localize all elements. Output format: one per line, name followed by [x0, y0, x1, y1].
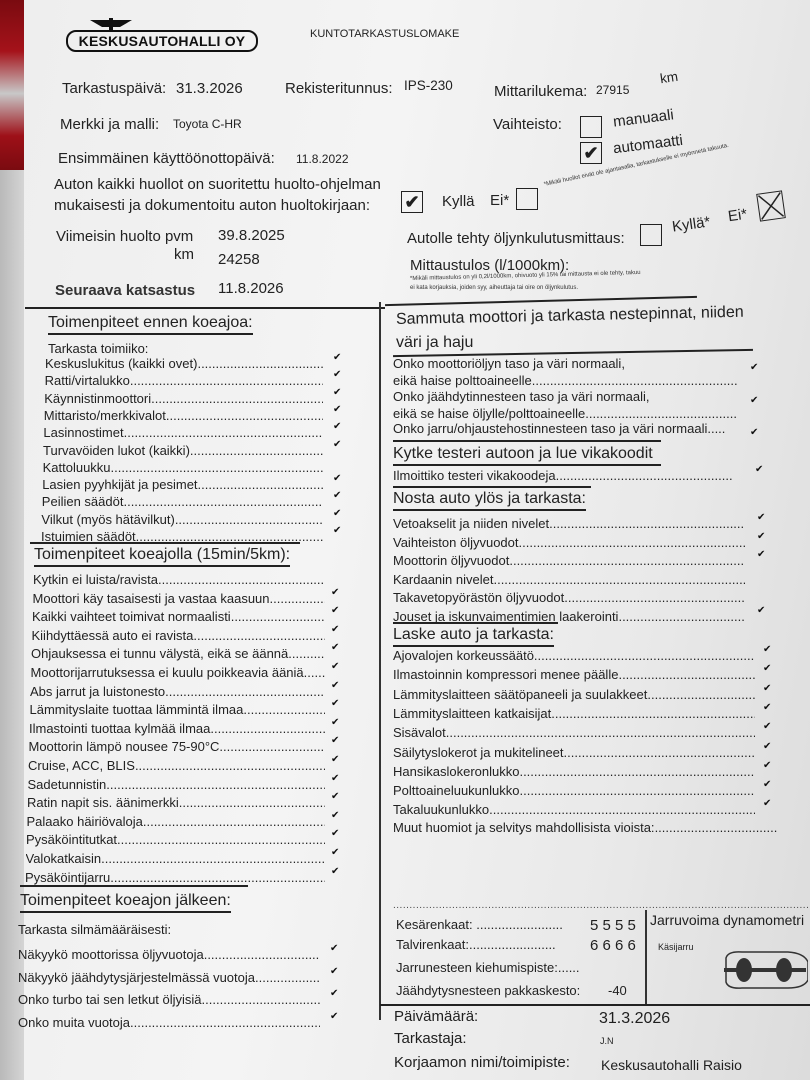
checklist-item: Vaihteiston öljyvuodot..................…	[393, 535, 745, 550]
inspector-value: J.N	[600, 1036, 614, 1046]
checklist-item-label: Mittaristo/merkkivalot	[44, 408, 166, 423]
checklist-item-label: Hansikaslokeronlukko	[393, 764, 519, 779]
inspector-label: Tarkastaja:	[394, 1030, 467, 1047]
checklist-item-label: Moottorijarrutuksessa ei kuulu poikkeavi…	[31, 665, 308, 680]
checkmark-icon[interactable]: ✔	[757, 549, 765, 560]
checklist-item-label: Säilytyslokerot ja mukitelineet	[393, 745, 564, 760]
checkmark-icon[interactable]: ✔	[763, 702, 771, 713]
checklist-item: Palaako häiriövaloja....................…	[27, 814, 326, 829]
checkmark-icon[interactable]: ✔	[333, 352, 341, 363]
column-divider	[645, 910, 647, 1006]
checklist-item: Kaikki vaihteet toimivat normaalisti....…	[32, 609, 325, 624]
checkmark-icon[interactable]: ✔	[331, 587, 339, 598]
divider	[20, 885, 248, 887]
lower-title: Laske auto ja tarkasta:	[393, 626, 554, 647]
checkmark-icon[interactable]: ✔	[763, 779, 771, 790]
checklist-item: Pysäköintitutkat........................…	[26, 832, 325, 847]
checkmark-icon[interactable]: ✔	[763, 798, 771, 809]
checklist-item-label: Pysäköintitutkat	[26, 832, 117, 847]
divider	[393, 486, 591, 488]
checklist-item: Moottori käy tasaisesti ja vastaa kaasuu…	[33, 591, 326, 606]
registration-value: IPS-230	[404, 78, 453, 93]
checklist-item: Moottorin öljyvuodot....................…	[393, 553, 745, 568]
checklist-item-label: Lämmityslaitteen katkaisijat	[393, 706, 551, 721]
checklist-item-label: Näkyykö jäähdytysjärjestelmässä vuotoja	[18, 970, 255, 985]
checklist-item-label: Kardaanin nivelet	[393, 572, 493, 587]
checklist-item-label: Keskuslukitus (kaikki ovet)	[45, 356, 197, 371]
checklist-item-label: Näkyykö moottorissa öljyvuotoja	[18, 947, 204, 962]
checklist-item: Mittaristo/merkkivalot..................…	[44, 408, 323, 423]
checklist-item: Takavetopyörästön öljyvuodot............…	[393, 590, 745, 605]
last-service-km-value: 24258	[218, 251, 260, 268]
checklist-item-label: Onko muita vuotoja	[18, 1015, 130, 1030]
brake-dyno-title: Jarruvoima dynamometri	[650, 912, 804, 928]
checklist-item: Lämmityslaitteen säätöpaneeli ja suulakk…	[393, 687, 755, 702]
checkmark-icon[interactable]: ✔	[333, 421, 341, 432]
transmission-manual-checkbox[interactable]	[580, 116, 602, 138]
registration-label: Rekisteritunnus:	[285, 80, 393, 97]
first-registration-value: 11.8.2022	[296, 152, 349, 166]
odometer-value: 27915	[596, 83, 629, 97]
during-test-drive-title: Toimenpiteet koeajolla (15min/5km):	[34, 546, 290, 567]
coolant-label: Jäähdytysnesteen pakkaskesto:	[396, 983, 580, 998]
winter-tyres-value: 6 6 6 6	[590, 937, 636, 954]
checklist-item: Ratin napit sis. äänimerkki.............…	[27, 795, 325, 810]
checkmark-icon[interactable]: ✔	[333, 490, 341, 501]
car-top-view-icon	[722, 948, 808, 992]
checklist-item-label: Vetoakselit ja niiden nivelet	[393, 516, 549, 531]
make-model-label: Merkki ja malli:	[60, 116, 159, 133]
after-test-drive-title: Toimenpiteet koeajon jälkeen:	[20, 892, 231, 913]
checkmark-icon[interactable]: ✔	[331, 828, 339, 839]
checkmark-icon[interactable]: ✔	[330, 966, 338, 977]
divider	[380, 1004, 810, 1006]
checklist-item: Cruise, ACC, BLIS.......................…	[28, 758, 325, 773]
checkmark-icon[interactable]: ✔	[330, 1011, 338, 1022]
checklist-item: Vilkut (myös hätävilkut)................…	[41, 512, 323, 527]
checklist-item: Hansikaslokeronlukko....................…	[393, 764, 755, 779]
checkmark-icon[interactable]: ✔	[333, 525, 341, 536]
checklist-item-label: Lämmityslaitteen säätöpaneeli ja suulakk…	[393, 687, 647, 702]
checklist-item: Ilmoittiko testeri vikakoodeja..........…	[393, 468, 733, 483]
checkmark-icon[interactable]: ✔	[763, 683, 771, 694]
checklist-item-label: Sisävalot	[393, 725, 446, 740]
service-question-line1: Auton kaikki huollot on suoritettu huolt…	[54, 176, 381, 193]
checklist-item: Valokatkaisin...........................…	[26, 851, 326, 866]
checklist-item: Lasinnostimet...........................…	[43, 425, 323, 440]
service-no-label: Ei*	[490, 192, 509, 209]
after-test-drive-subtitle: Tarkasta silmämääräisesti:	[18, 922, 171, 937]
column-divider	[379, 302, 381, 1020]
checklist-item: Abs jarrut ja luistonesto...............…	[30, 684, 325, 699]
checklist-item: Ajovalojen korkeussäätö.................…	[393, 648, 755, 663]
checklist-item-label: Ajovalojen korkeussäätö	[393, 648, 534, 663]
checklist-item: Lämmityslaite tuottaa lämmintä ilmaa....…	[30, 702, 326, 717]
checklist-item-label: Lasien pyyhkijät ja pesimet	[42, 477, 197, 492]
checkmark-icon[interactable]: ✔	[331, 605, 339, 616]
checklist-item-label: Ohjauksessa ei tunnu välystä, eikä se ää…	[31, 646, 288, 661]
check-icon: ✔	[583, 143, 598, 163]
checklist-item: Näkyykö moottorissa öljyvuotoja.........…	[18, 947, 320, 962]
signature-date-value: 31.3.2026	[599, 1010, 670, 1028]
checkmark-icon[interactable]: ✔	[331, 624, 339, 635]
checklist-item: Polttoaineluukunlukko...................…	[393, 783, 755, 798]
checkmark-icon[interactable]: ✔	[755, 464, 763, 475]
service-no-checkbox[interactable]	[516, 188, 538, 210]
checklist-item-label: Valokatkaisin	[26, 851, 102, 866]
checkmark-icon[interactable]: ✔	[757, 531, 765, 542]
handbrake-label: Käsijarru	[658, 942, 694, 952]
checkmark-icon[interactable]: ✔	[763, 721, 771, 732]
checkmark-icon[interactable]: ✔	[331, 754, 339, 765]
oil-footnote-line2: ei kata korjauksia, joiden syy, aiheutta…	[410, 285, 578, 291]
checklist-item: Kytkin ei luista/ravista................…	[33, 572, 325, 587]
checkmark-icon[interactable]: ✔	[331, 791, 339, 802]
checklist-item-label: Kiihdyttäessä auto ei ravista	[32, 628, 194, 643]
checklist-item: Moottorijarrutuksessa ei kuulu poikkeavi…	[31, 665, 326, 680]
divider	[393, 464, 661, 466]
summer-tyres-label: Kesärenkaat: ........................	[396, 917, 563, 932]
make-model-value: Toyota C-HR	[173, 117, 242, 131]
checklist-item-label: Moottorin öljyvuodot	[393, 553, 509, 568]
lift-title: Nosta auto ylös ja tarkasta:	[393, 490, 586, 511]
checklist-item: Pysäköintijarru.........................…	[25, 870, 325, 885]
checklist-item: Näkyykö jäähdytysjärjestelmässä vuotoja.…	[18, 970, 320, 985]
checkmark-icon[interactable]: ✔	[331, 773, 339, 784]
checkmark-icon[interactable]: ✔	[333, 473, 341, 484]
oil-consumption-yes-checkbox[interactable]	[640, 224, 662, 246]
checkmark-icon[interactable]: ✔	[750, 362, 758, 373]
checklist-item: Keskuslukitus (kaikki ovet).............…	[45, 356, 323, 371]
last-service-date: 39.8.2025	[218, 227, 285, 244]
service-yes-label: Kyllä	[442, 193, 475, 210]
checklist-item: Onko turbo tai sen letkut öljyisiä......…	[18, 992, 320, 1007]
checklist-item-label: Onko turbo tai sen letkut öljyisiä	[18, 992, 202, 1007]
checklist-item: Kattoluukku.............................…	[43, 460, 323, 475]
odometer-unit: km	[659, 69, 679, 86]
checklist-item-label: Moottorin lämpö nousee 75-90°C	[29, 739, 220, 754]
checklist-item-label: Pysäköintijarru	[25, 870, 110, 885]
checkmark-icon[interactable]: ✔	[331, 847, 339, 858]
checklist-item: Sisävalot...............................…	[393, 725, 755, 740]
odometer-label: Mittarilukema:	[494, 83, 587, 100]
oil-consumption-no-checkbox[interactable]	[756, 190, 786, 221]
checkmark-icon[interactable]: ✔	[330, 988, 338, 999]
checklist-item-label: Ilmoittiko testeri vikakoodeja	[393, 468, 556, 483]
diagnostics-title: Kytke testeri autoon ja lue vikakoodit	[393, 445, 653, 463]
checkmark-icon[interactable]: ✔	[331, 735, 339, 746]
checklist-item-label: Sadetunnistin	[28, 777, 107, 792]
checklist-item-label: Käynnistinmoottori	[44, 391, 151, 406]
divider	[393, 622, 558, 624]
fluid-item-line2: eikä se haise öljylle/polttoaineelle....…	[393, 406, 738, 421]
checkmark-icon[interactable]: ✔	[333, 387, 341, 398]
checklist-item: Säilytyslokerot ja mukitelineet.........…	[393, 745, 755, 760]
checklist-item: Kiihdyttäessä auto ei ravista...........…	[32, 628, 326, 643]
checklist-item-label: Lasinnostimet	[43, 425, 123, 440]
checklist-item: Ilmastointi tuottaa kylmää ilmaa........…	[29, 721, 325, 736]
inspection-date-value: 31.3.2026	[176, 80, 243, 97]
checkmark-icon[interactable]: ✔	[763, 663, 771, 674]
coolant-value: -40	[608, 983, 627, 998]
divider	[393, 440, 661, 442]
checkmark-icon[interactable]: ✔	[763, 741, 771, 752]
checkmark-icon[interactable]: ✔	[331, 698, 339, 709]
checklist-item-label: Kattoluukku	[43, 460, 111, 475]
checklist-item-label: Turvavöiden lukot (kaikki)	[43, 443, 190, 458]
before-test-drive-subtitle: Tarkasta toimiiko:	[48, 341, 148, 356]
checklist-item: Takaluukunlukko.........................…	[393, 802, 755, 817]
brake-fluid-label: Jarrunesteen kiehumispiste:......	[396, 960, 580, 975]
checklist-item: Sadetunnistin...........................…	[28, 777, 326, 792]
checklist-item-label: Cruise, ACC, BLIS	[28, 758, 135, 773]
checkmark-icon[interactable]: ✔	[333, 369, 341, 380]
checklist-item-label: Polttoaineluukunlukko	[393, 783, 519, 798]
checklist-item-label: Peilien säädöt	[42, 494, 124, 509]
service-yes-checkbox[interactable]: ✔	[401, 191, 423, 213]
summer-tyres-value: 5 5 5 5	[590, 917, 636, 934]
checklist-item: Käynnistinmoottori......................…	[44, 391, 323, 406]
checklist-item: Ratti/virtalukko........................…	[45, 373, 323, 388]
checklist-item: Lämmityslaitteen katkaisijat............…	[393, 706, 755, 721]
checklist-item: Onko muita vuotoja......................…	[18, 1015, 320, 1030]
checkmark-icon[interactable]: ✔	[331, 642, 339, 653]
checklist-item-label: Kytkin ei luista/ravista	[33, 572, 158, 587]
last-service-km-label: km	[174, 246, 194, 263]
checkmark-icon[interactable]: ✔	[763, 760, 771, 771]
service-question-line2: mukaisesti ja dokumentoitu auton huoltok…	[54, 197, 370, 214]
winter-tyres-label: Talvirenkaat:........................	[396, 937, 556, 952]
checklist-item: Turvavöiden lukot (kaikki)..............…	[43, 443, 323, 458]
checklist-item: Ilmastoinnin kompressori menee päälle...…	[393, 667, 755, 682]
signature-date-label: Päivämäärä:	[394, 1008, 478, 1025]
fluid-item-line2: eikä haise polttoaineelle...............…	[393, 373, 738, 388]
checklist-item-label: Lämmityslaite tuottaa lämmintä ilmaa	[30, 702, 244, 717]
checklist-item: Moottorin lämpö nousee 75-90°C..........…	[29, 739, 326, 754]
checkmark-icon[interactable]: ✔	[331, 661, 339, 672]
fluid-item-line1: Onko moottoriöljyn taso ja väri normaali…	[393, 356, 625, 371]
transmission-automatic-checkbox[interactable]: ✔	[580, 142, 602, 164]
checklist-item-label: Kaikki vaihteet toimivat normaalisti	[32, 609, 231, 624]
checkmark-icon[interactable]: ✔	[331, 810, 339, 821]
cross-icon	[757, 191, 784, 220]
checklist-item-label: Ilmastointi tuottaa kylmää ilmaa	[29, 721, 210, 736]
workshop-label: Korjaamon nimi/toimipiste:	[394, 1054, 570, 1071]
checkmark-icon[interactable]: ✔	[331, 680, 339, 691]
oil-consumption-no-label: Ei*	[727, 206, 748, 226]
inspection-date-label: Tarkastuspäivä:	[62, 80, 166, 97]
checklist-item-label: Ratin napit sis. äänimerkki	[27, 795, 179, 810]
next-inspection-value: 11.8.2026	[218, 280, 284, 297]
checklist-item-label: Ratti/virtalukko	[45, 373, 130, 388]
notes-line[interactable]: ........................................…	[393, 900, 810, 911]
divider	[25, 307, 385, 309]
next-inspection-label: Seuraava katsastus	[55, 282, 195, 299]
fluid-item-line1: Onko jäähdytinnesteen taso ja väri norma…	[393, 389, 650, 404]
notes-label: Muut huomiot ja selvitys mahdollisista v…	[393, 820, 777, 835]
checklist-item-label: Ilmastoinnin kompressori menee päälle	[393, 667, 618, 682]
checkmark-icon[interactable]: ✔	[750, 427, 758, 438]
form-title: KUNTOTARKASTUSLOMAKE	[310, 28, 459, 40]
checklist-item-label: Vilkut (myös hätävilkut)	[41, 512, 174, 527]
oil-consumption-label: Autolle tehty öljynkulutusmittaus:	[407, 230, 625, 247]
checklist-item-label: Palaako häiriövaloja	[27, 814, 143, 829]
checkmark-icon[interactable]: ✔	[333, 508, 341, 519]
checklist-item: Vetoakselit ja niiden nivelet...........…	[393, 516, 745, 531]
checklist-item-label: Takaluukunlukko	[393, 802, 489, 817]
company-logo: KESKUSAUTOHALLI OY	[66, 30, 258, 52]
checkmark-icon[interactable]: ✔	[330, 943, 338, 954]
checklist-item-label: Takavetopyörästön öljyvuodot	[393, 590, 564, 605]
before-test-drive-title: Toimenpiteet ennen koeajoa:	[48, 314, 253, 335]
checklist-item: Lasien pyyhkijät ja pesimet.............…	[42, 477, 323, 492]
workshop-value: Keskusautohalli Raisio	[601, 1057, 742, 1073]
fluids-title-line2: väri ja haju	[396, 334, 473, 352]
checklist-item-label: Abs jarrut ja luistonesto	[30, 684, 165, 699]
checklist-item: Peilien säädöt..........................…	[42, 494, 323, 509]
last-service-label: Viimeisin huolto pvm	[56, 228, 193, 245]
checklist-item: Kardaanin nivelet.......................…	[393, 572, 745, 587]
checkmark-icon[interactable]: ✔	[763, 644, 771, 655]
check-icon: ✔	[404, 192, 419, 212]
checkmark-icon[interactable]: ✔	[331, 717, 339, 728]
first-registration-label: Ensimmäinen käyttöönottopäivä:	[58, 150, 275, 167]
checklist-item: Ohjauksessa ei tunnu välystä, eikä se ää…	[31, 646, 325, 661]
checklist-item-label: Moottori käy tasaisesti ja vastaa kaasuu…	[33, 591, 270, 606]
checklist-item-label: Vaihteiston öljyvuodot	[393, 535, 519, 550]
checkmark-icon[interactable]: ✔	[331, 866, 339, 877]
checkmark-icon[interactable]: ✔	[333, 439, 341, 450]
divider	[30, 542, 300, 544]
transmission-label: Vaihteisto:	[493, 116, 562, 133]
fluid-item-line1: Onko jarru/ohjaustehostinnesteen taso ja…	[393, 421, 725, 436]
checkmark-icon[interactable]: ✔	[757, 512, 765, 523]
checkmark-icon[interactable]: ✔	[757, 605, 765, 616]
checkmark-icon[interactable]: ✔	[333, 404, 341, 415]
checkmark-icon[interactable]: ✔	[750, 395, 758, 406]
background-surface	[0, 170, 26, 1080]
